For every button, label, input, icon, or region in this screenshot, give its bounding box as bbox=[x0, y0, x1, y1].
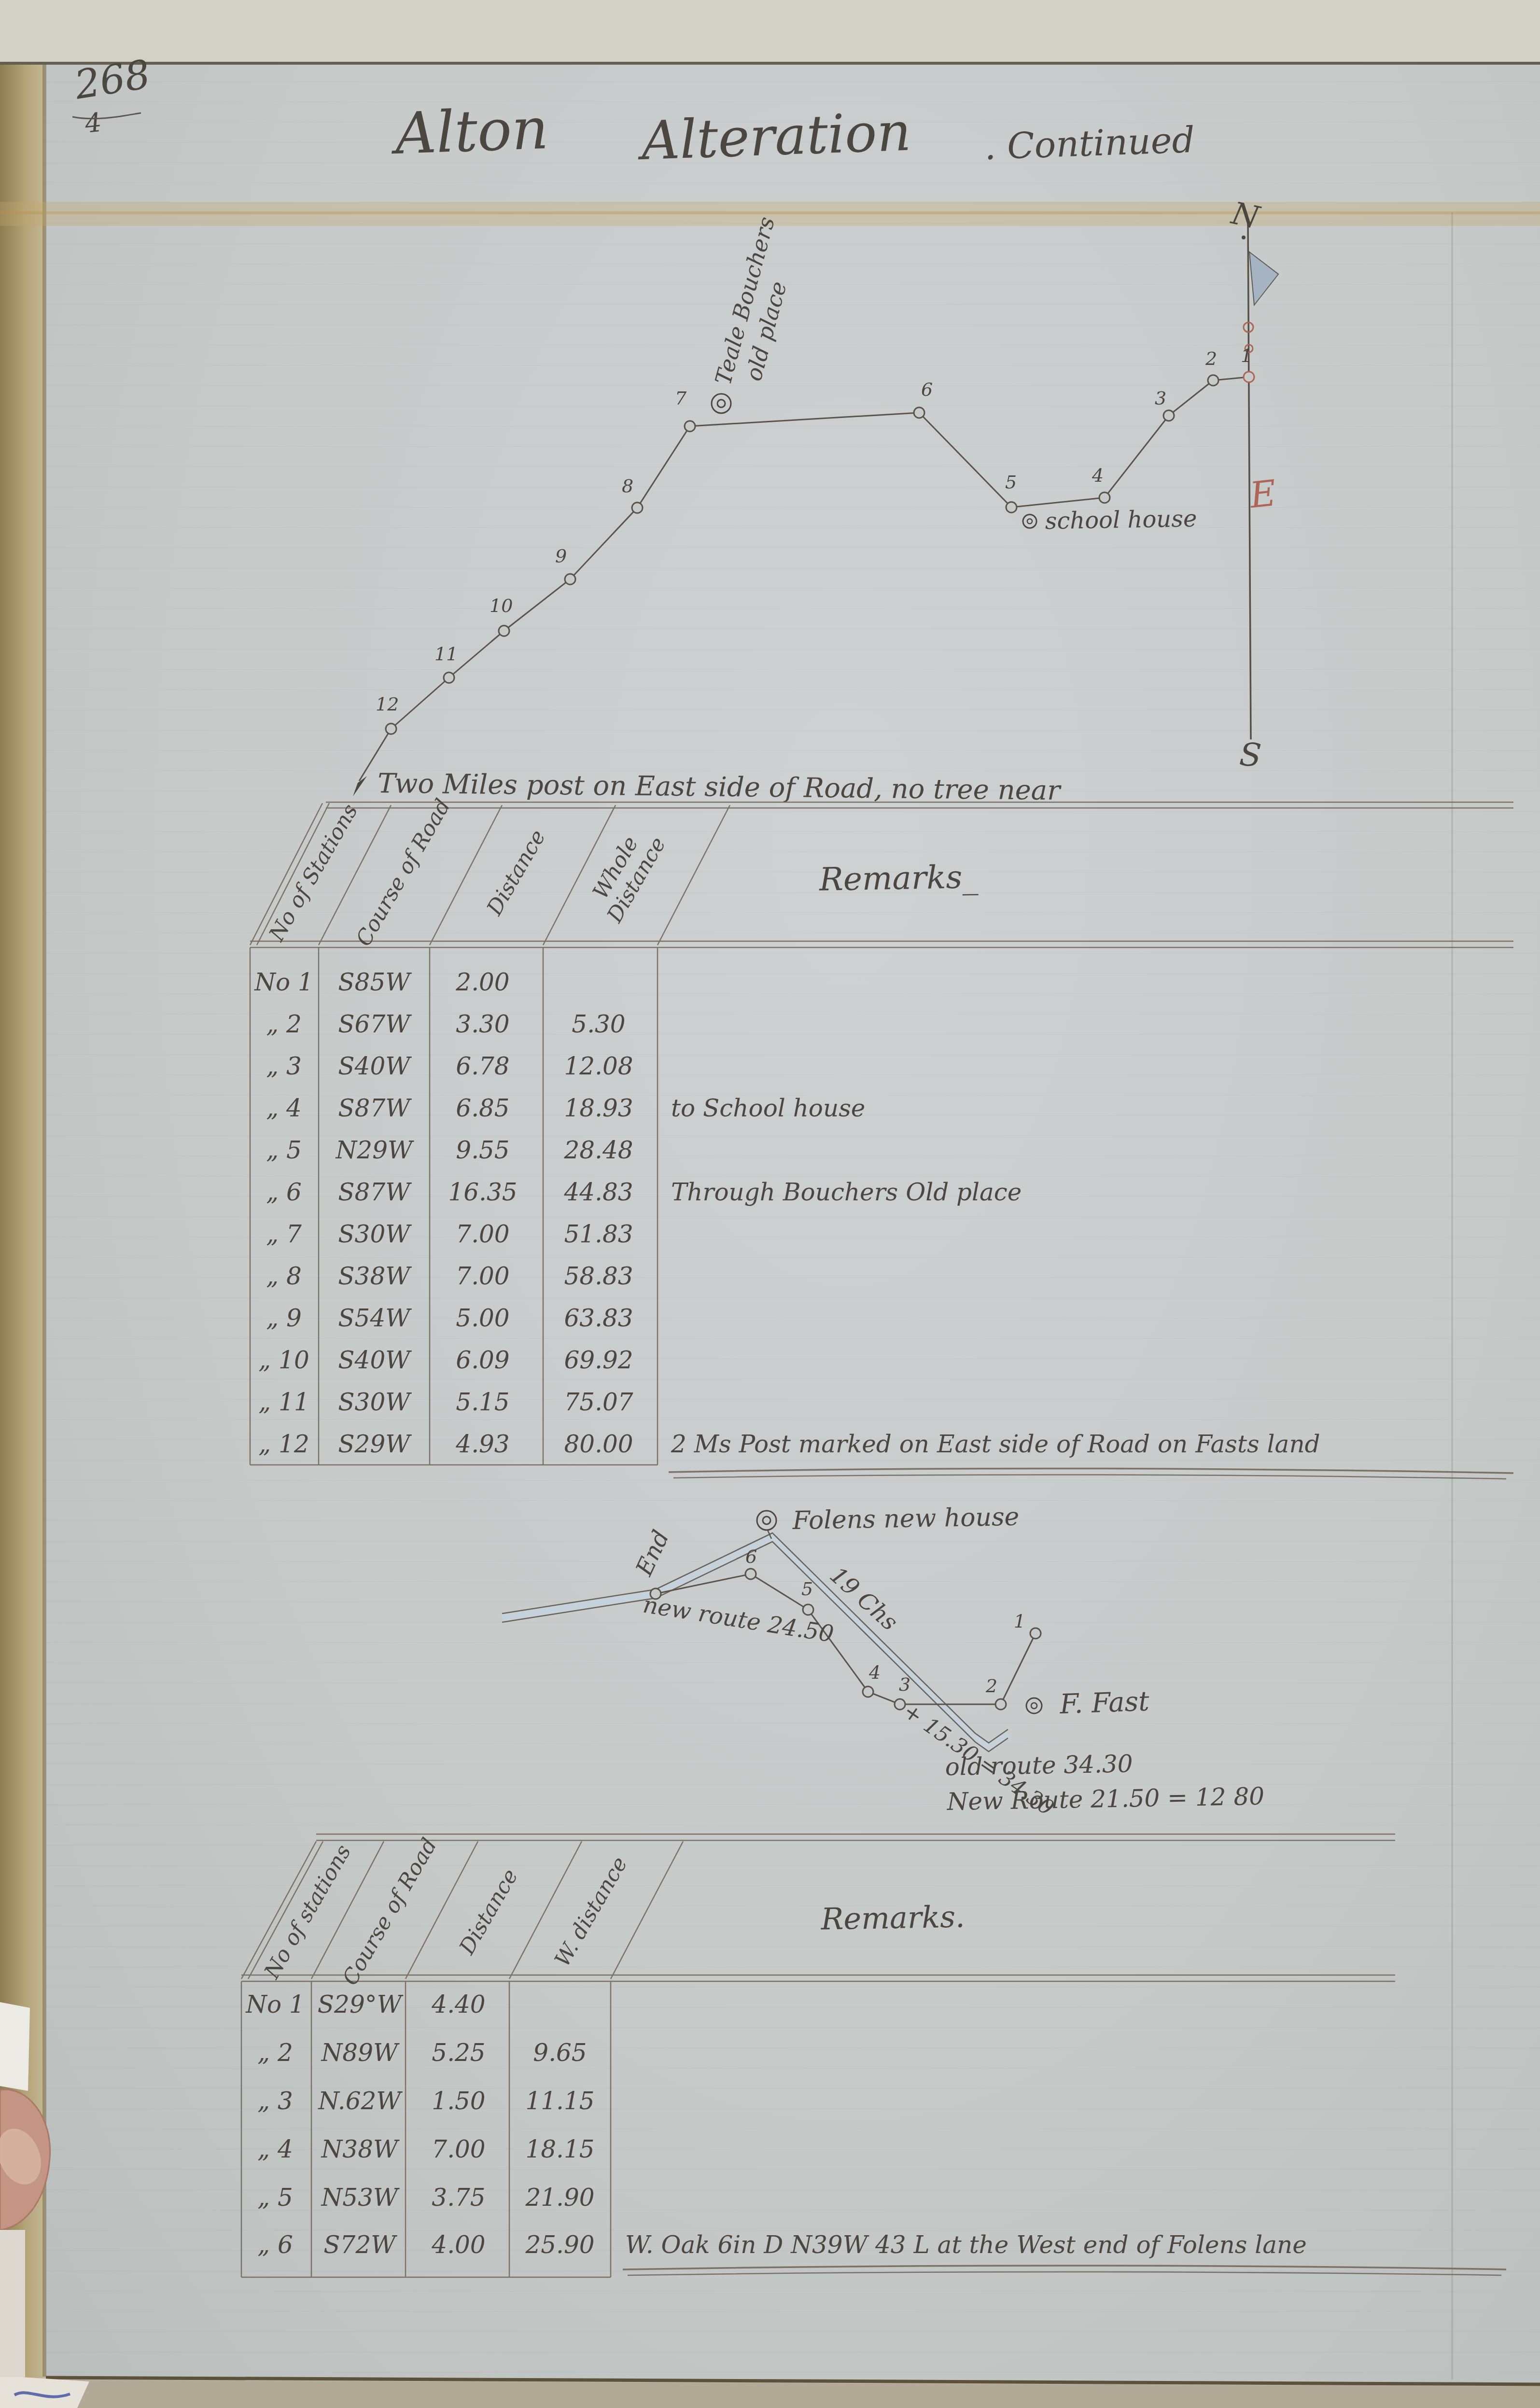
svg-text:S87W: S87W bbox=[338, 1094, 412, 1122]
svg-text:11.15: 11.15 bbox=[525, 2087, 594, 2115]
house-symbol-icon bbox=[757, 1511, 776, 1530]
svg-text:„ 11: „ 11 bbox=[258, 1388, 309, 1416]
north-dot bbox=[1242, 236, 1246, 239]
svg-text:9.65: 9.65 bbox=[533, 2039, 587, 2067]
survey-page-canvas: 268 4 Alton Alteration . Continued N E S… bbox=[0, 0, 1540, 2408]
table-2-body: No 1 „ 2 „ 3 „ 4 „ 5 „ 6 S29°W N89W N.62… bbox=[245, 1990, 1307, 2259]
svg-text:18.15: 18.15 bbox=[525, 2135, 594, 2163]
table2-col-station: No 1 „ 2 „ 3 „ 4 „ 5 „ 6 bbox=[245, 1990, 305, 2259]
under-page-sliver bbox=[0, 2002, 30, 2091]
station-label-5: 5 bbox=[1005, 472, 1017, 493]
fast-symbol-icon bbox=[1026, 1698, 1042, 1713]
station-label-6: 6 bbox=[921, 379, 933, 400]
svg-text:4.93: 4.93 bbox=[455, 1430, 509, 1458]
svg-text:S85W: S85W bbox=[338, 968, 412, 996]
table1-col-remarks: to School house Through Bouchers Old pla… bbox=[671, 1094, 1320, 1458]
svg-text:51.83: 51.83 bbox=[564, 1220, 633, 1248]
svg-text:S40W: S40W bbox=[338, 1052, 412, 1080]
svg-text:W. Oak 6in D N39W 43 L at the: W. Oak 6in D N39W 43 L at the West end o… bbox=[625, 2231, 1307, 2259]
svg-text:N29W: N29W bbox=[336, 1136, 414, 1164]
svg-text:3.75: 3.75 bbox=[432, 2184, 485, 2212]
table1-col-course: S85W S67W S40W S87W N29W S87W S30W S38W … bbox=[336, 968, 414, 1458]
table-row: No 1 bbox=[254, 968, 313, 996]
svg-text:S29W: S29W bbox=[338, 1430, 412, 1458]
svg-text:75.07: 75.07 bbox=[564, 1388, 633, 1416]
station-circles bbox=[386, 375, 1218, 734]
table1-header-remarks: Remarks_ bbox=[818, 858, 978, 898]
title-word-2: Alteration bbox=[636, 101, 912, 172]
svg-text:1.50: 1.50 bbox=[432, 2087, 485, 2115]
table-1-headers: No of Stations Course of Road Distance W… bbox=[264, 795, 979, 950]
east-label: E bbox=[1247, 473, 1278, 516]
svg-text:44.83: 44.83 bbox=[563, 1178, 633, 1206]
new-route-total: New Route 21.50 = 12 80 bbox=[946, 1782, 1264, 1816]
svg-text:„ 2: „ 2 bbox=[257, 2039, 293, 2067]
sketch-label-1: 1 bbox=[1014, 1611, 1025, 1632]
svg-text:69.92: 69.92 bbox=[564, 1346, 633, 1374]
survey-line bbox=[391, 377, 1249, 729]
svg-text:7.00: 7.00 bbox=[432, 2135, 485, 2163]
south-label: S bbox=[1238, 736, 1262, 774]
svg-text:S72W: S72W bbox=[323, 2231, 397, 2259]
binding-edge-line bbox=[42, 65, 46, 2377]
svg-text:„ 10: „ 10 bbox=[258, 1346, 309, 1374]
end-label: End bbox=[630, 1526, 675, 1580]
svg-text:4.00: 4.00 bbox=[431, 2231, 485, 2259]
station-label-8: 8 bbox=[622, 475, 633, 497]
svg-text:80.00: 80.00 bbox=[564, 1430, 633, 1458]
table2-col-remarks: W. Oak 6in D N39W 43 L at the West end o… bbox=[625, 2231, 1307, 2259]
table1-header-whole: WholeDistance bbox=[581, 821, 671, 927]
house-label: Folens new house bbox=[792, 1503, 1020, 1535]
sketch-label-3: 3 bbox=[899, 1674, 910, 1695]
svg-text:6.09: 6.09 bbox=[456, 1346, 509, 1374]
svg-text:58.83: 58.83 bbox=[564, 1262, 633, 1290]
diagram-caption: Two Miles post on East side of Road, no … bbox=[378, 768, 1062, 807]
sketch-label-2: 2 bbox=[985, 1675, 997, 1697]
svg-text:„ 4: „ 4 bbox=[266, 1094, 302, 1122]
svg-text:S30W: S30W bbox=[338, 1388, 412, 1416]
svg-text:28.48: 28.48 bbox=[563, 1136, 633, 1164]
station-circle-1 bbox=[1244, 372, 1254, 382]
svg-text:4.40: 4.40 bbox=[431, 1990, 485, 2018]
svg-text:25.90: 25.90 bbox=[525, 2231, 594, 2259]
table-2-headers: No of stations Course of Road Distance W… bbox=[259, 1834, 965, 1990]
svg-text:No 1: No 1 bbox=[245, 1990, 305, 2018]
svg-text:S29°W: S29°W bbox=[318, 1990, 404, 2018]
svg-text:2 Ms Post marked on East side: 2 Ms Post marked on East side of Road on… bbox=[671, 1430, 1320, 1458]
svg-text:9.55: 9.55 bbox=[456, 1136, 509, 1164]
svg-text:„ 6: „ 6 bbox=[266, 1178, 302, 1206]
station-label-12: 12 bbox=[376, 694, 399, 715]
old-route-total: old route 34.30 bbox=[945, 1750, 1133, 1781]
station-label-9: 9 bbox=[555, 545, 567, 567]
station-label-2: 2 bbox=[1205, 348, 1217, 369]
photo-top-strip bbox=[0, 0, 1540, 64]
svg-text:to School house: to School house bbox=[671, 1094, 865, 1122]
station-label-1: 1 bbox=[1241, 345, 1252, 366]
place-symbol-inner bbox=[717, 400, 725, 407]
svg-text:„ 4: „ 4 bbox=[257, 2135, 293, 2163]
svg-text:„ 2: „ 2 bbox=[266, 1010, 302, 1038]
svg-text:„ 6: „ 6 bbox=[257, 2231, 293, 2259]
school-label: school house bbox=[1045, 505, 1197, 535]
svg-text:N.62W: N.62W bbox=[318, 2087, 403, 2115]
table1-header-course: Course of Road bbox=[351, 795, 456, 950]
svg-text:S30W: S30W bbox=[338, 1220, 412, 1248]
svg-text:S38W: S38W bbox=[338, 1262, 412, 1290]
svg-text:6.78: 6.78 bbox=[456, 1052, 509, 1080]
sketch-lower-survey: Folens new house F. Fast End new route 2… bbox=[502, 1503, 1265, 1821]
station-label-3: 3 bbox=[1155, 388, 1166, 409]
table2-col-whole: 9.65 11.15 18.15 21.90 25.90 bbox=[525, 2039, 594, 2259]
svg-text:5.30: 5.30 bbox=[572, 1010, 625, 1038]
table2-col-course: S29°W N89W N.62W N38W N53W S72W bbox=[318, 1990, 404, 2259]
table1-col-whole: 5.30 12.08 18.93 28.48 44.83 51.83 58.83… bbox=[563, 1010, 633, 1458]
svg-text:„ 5: „ 5 bbox=[257, 2184, 293, 2212]
station-label-11: 11 bbox=[434, 643, 458, 665]
svg-text:7.00: 7.00 bbox=[456, 1262, 509, 1290]
table2-header-remarks: Remarks. bbox=[820, 1899, 965, 1936]
svg-text:S54W: S54W bbox=[338, 1304, 412, 1332]
house-symbol-inner bbox=[763, 1517, 770, 1524]
svg-text:16.35: 16.35 bbox=[448, 1178, 517, 1206]
diagram-upper-survey: N E S 12 11 10 9 8 7 6 5 4 3 bbox=[353, 195, 1278, 807]
svg-text:„ 8: „ 8 bbox=[266, 1262, 302, 1290]
table-1 bbox=[250, 802, 1513, 1479]
svg-text:12.08: 12.08 bbox=[564, 1052, 633, 1080]
table2-header-stations: No of stations bbox=[259, 1840, 356, 1983]
svg-text:5.15: 5.15 bbox=[456, 1388, 509, 1416]
under-page-sliver-2 bbox=[0, 2230, 25, 2377]
paper-stain-line bbox=[0, 211, 1540, 214]
svg-text:5.25: 5.25 bbox=[432, 2039, 485, 2067]
flag-pennant bbox=[1249, 252, 1278, 305]
title-word-3: . Continued bbox=[984, 119, 1196, 168]
school-symbol-inner bbox=[1027, 519, 1032, 524]
table2-header-distance: Distance bbox=[454, 1865, 523, 1959]
svg-text:5.00: 5.00 bbox=[456, 1304, 509, 1332]
svg-text:Through Bouchers Old place: Through Bouchers Old place bbox=[671, 1178, 1022, 1206]
fast-symbol-inner bbox=[1031, 1703, 1037, 1709]
svg-text:6.85: 6.85 bbox=[456, 1094, 509, 1122]
svg-text:2.00: 2.00 bbox=[455, 968, 509, 996]
page-top-edge bbox=[0, 62, 1540, 65]
svg-text:3.30: 3.30 bbox=[456, 1010, 509, 1038]
ledger-page: 268 4 Alton Alteration . Continued N E S… bbox=[0, 0, 1540, 2408]
svg-text:„ 5: „ 5 bbox=[266, 1136, 302, 1164]
table2-header-whole: W. distance bbox=[550, 1852, 632, 1971]
svg-text:21.90: 21.90 bbox=[525, 2184, 594, 2212]
svg-text:S87W: S87W bbox=[338, 1178, 412, 1206]
school-symbol-icon bbox=[1023, 515, 1036, 528]
svg-text:„ 9: „ 9 bbox=[266, 1304, 302, 1332]
svg-text:7.00: 7.00 bbox=[456, 1220, 509, 1248]
svg-text:„ 12: „ 12 bbox=[258, 1430, 309, 1458]
page-number-sub: 4 bbox=[83, 107, 103, 139]
svg-text:S40W: S40W bbox=[338, 1346, 412, 1374]
svg-text:63.83: 63.83 bbox=[564, 1304, 633, 1332]
svg-text:N53W: N53W bbox=[321, 2184, 400, 2212]
station-label-4: 4 bbox=[1092, 465, 1104, 486]
station-label-7: 7 bbox=[675, 388, 687, 409]
fast-label: F. Fast bbox=[1059, 1686, 1150, 1720]
svg-text:„ 7: „ 7 bbox=[266, 1220, 302, 1248]
svg-text:N38W: N38W bbox=[321, 2135, 400, 2163]
new-route-label: new route 24.50 bbox=[641, 1591, 836, 1648]
sketch-label-6: 6 bbox=[745, 1546, 757, 1567]
svg-text:18.93: 18.93 bbox=[564, 1094, 633, 1122]
svg-text:N89W: N89W bbox=[321, 2039, 400, 2067]
station-label-10: 10 bbox=[490, 595, 513, 616]
north-label: N bbox=[1228, 195, 1263, 237]
title-word-1: Alton bbox=[390, 95, 549, 167]
svg-text:S67W: S67W bbox=[338, 1010, 412, 1038]
table1-col-distance: 2.00 3.30 6.78 6.85 9.55 16.35 7.00 7.00… bbox=[448, 968, 517, 1458]
sketch-label-4: 4 bbox=[868, 1662, 881, 1683]
sketch-label-5: 5 bbox=[801, 1578, 813, 1600]
table-1-body: No 1 „ 2 „ 3 „ 4 „ 5 „ 6 „ 7 „ 8 „ 9 „ 1… bbox=[254, 968, 1320, 1458]
table2-col-distance: 4.40 5.25 1.50 7.00 3.75 4.00 bbox=[431, 1990, 485, 2259]
place-symbol-icon bbox=[712, 394, 731, 413]
svg-text:„ 3: „ 3 bbox=[266, 1052, 302, 1080]
page-number-flourish bbox=[72, 113, 141, 119]
table1-header-distance: Distance bbox=[482, 826, 550, 920]
table1-col-station: No 1 „ 2 „ 3 „ 4 „ 5 „ 6 „ 7 „ 8 „ 9 „ 1… bbox=[254, 968, 313, 1458]
svg-text:„ 3: „ 3 bbox=[257, 2087, 293, 2115]
